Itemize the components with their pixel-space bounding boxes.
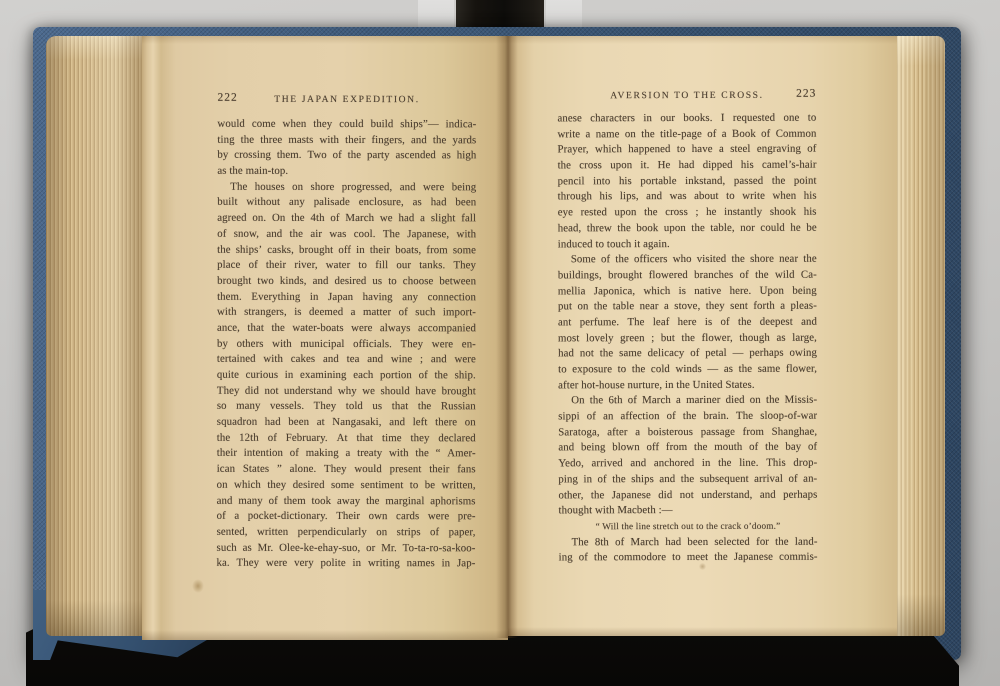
text-line: induced to touch it again. — [558, 236, 817, 252]
text-line: thecrossuponit.Hehaddippedhiscamel’s-hai… — [558, 158, 817, 174]
text-line: agreedon.Onthe4thofMarchwehadaslightfall — [217, 211, 476, 227]
text-line: suchasMr.Olee-ke-ehay-suo,orMr.To-ta-ro-… — [217, 540, 476, 556]
gutter-shadow — [496, 36, 518, 638]
fore-edge-right — [897, 36, 945, 636]
text-line: andbeingblownofffromthemouthofthebayof — [558, 440, 817, 456]
text-line: anesecharactersinourbooks.Irequestedonet… — [557, 111, 816, 127]
text-line: ofsnow,andtheairwascool.TheJapanese,with — [217, 227, 476, 243]
paragraph: wouldcomewhentheycouldbuildships”—indica… — [217, 117, 476, 180]
text-line: throughhislips,andwasabouttowritewhenhis — [558, 189, 817, 205]
text-line: as the main-top. — [217, 164, 476, 180]
text-line: antperfume.Theleafhereisofthedeepestand — [558, 315, 817, 331]
text-line: ofapocket-dictionary.Theirowncardswerepr… — [217, 509, 476, 525]
paragraph: Onthe6thofMarchamarinerdiedontheMissis-s… — [558, 393, 817, 519]
text-line: squadronhadbeenatNangasaki,andleftthereo… — [217, 415, 476, 431]
text-line: onwhichtheydesiredsomesentimenttobewritt… — [217, 478, 476, 494]
text-line: writeanameonthetitle-pageofaBookofCommon — [557, 126, 816, 142]
paragraph: The8thofMarchhadbeenselectedfortheland-i… — [559, 534, 818, 566]
right-running-title: AVERSION TO THE CROSS. — [557, 88, 816, 105]
text-line: pencilintohisportableinkstand,passedthep… — [558, 173, 817, 189]
text-line: Onthe6thofMarchamarinerdiedontheMissis- — [558, 393, 817, 409]
text-line: theirintentionofmakingatreatywiththe“Ame… — [217, 446, 476, 462]
text-line: broughttwokinds,anddesiredustochoosebetw… — [217, 274, 476, 290]
right-page-body: anesecharactersinourbooks.Irequestedonet… — [557, 111, 817, 567]
text-line: head,threwthebookuponthetable,norcouldhe… — [558, 220, 817, 236]
right-page-text: AVERSION TO THE CROSS. 223 anesecharacte… — [557, 88, 817, 567]
text-line: Theydidnotunderstandwhyweshouldhavebroug… — [217, 383, 476, 399]
text-line: tingthethreemastswiththeirfingers,andthe… — [217, 132, 476, 148]
text-line: after hot-house nurture, in the United S… — [558, 377, 817, 393]
text-line: andmanyofthemtookawaythemarginalaphorism… — [217, 493, 476, 509]
text-line: hadnotthesamedelicacyofpetal—perhapsowin… — [558, 346, 817, 362]
quote-paragraph: “ Will the line stretch out to the crack… — [559, 519, 818, 535]
text-line: eyeresteduponthecross;heinstantlyshookhi… — [558, 205, 817, 221]
text-line: the12thofFebruary.Atthattimetheydeclared — [217, 430, 476, 446]
text-line: pinginoftheshipsandthesubsequentarrivalo… — [558, 471, 817, 487]
text-line: bycrossingthem.Twoofthepartyascendedashi… — [217, 148, 476, 164]
paragraph: anesecharactersinourbooks.Irequestedonet… — [557, 111, 816, 253]
page-stain — [192, 579, 204, 593]
text-line: Thehousesonshoreprogressed,andwerebeing — [217, 179, 476, 195]
text-line: icanStates”alone.Theywouldpresenttheirfa… — [217, 462, 476, 478]
text-line: placeoftheirriver,watertofillourtanks.Th… — [217, 258, 476, 274]
text-line: thought with Macbeth :— — [558, 503, 817, 519]
text-line: quitecuriousinexaminingeachportionofthes… — [217, 368, 476, 384]
text-line: toexposuretothecoldwinds—asthesameflower… — [558, 362, 817, 378]
fore-edge-left — [46, 36, 142, 636]
text-line: mostlovelygreen;buttheflower,thoughaslar… — [558, 330, 817, 346]
text-line: ance,thatthewater-boatswerealwaysaccompa… — [217, 321, 476, 337]
text-line: ka.TheywereverypoliteinwritingnamesinJap… — [216, 556, 475, 572]
text-line: The8thofMarchhadbeenselectedfortheland- — [559, 534, 818, 550]
left-running-header: 222 THE JAPAN EXPEDITION. — [217, 92, 476, 109]
text-line: theships’casks,broughtoffintheirboats,fr… — [217, 242, 476, 258]
text-line: byotherswithmunicipalofficials.Theyweree… — [217, 336, 476, 352]
text-line: sippiofanaffectionofthebrain.Thesloop-of… — [558, 409, 817, 425]
text-line: withstrangers,isdeemedamatterofsuchimpor… — [217, 305, 476, 321]
text-line: wouldcomewhentheycouldbuildships”—indica… — [217, 117, 476, 133]
text-line: sented,writtenperpendicularlyonstripsofp… — [217, 525, 476, 541]
text-line: Someoftheofficerswhovisitedtheshoreneart… — [558, 252, 817, 268]
text-line: melliaJaponica,whichisnativehere.Uponbei… — [558, 283, 817, 299]
left-page-text: 222 THE JAPAN EXPEDITION. wouldcomewhent… — [216, 92, 476, 572]
text-line: putonthetablenearastove,theysentforthapl… — [558, 299, 817, 315]
book-photo-scene: 222 THE JAPAN EXPEDITION. wouldcomewhent… — [0, 0, 1000, 686]
text-line: them.EverythinginJapanhavinganyconnectio… — [217, 289, 476, 305]
paragraph: Thehousesonshoreprogressed,andwerebeingb… — [216, 179, 476, 572]
text-line: “ Will the line stretch out to the crack… — [559, 519, 818, 535]
paragraph: Someoftheofficerswhovisitedtheshoreneart… — [558, 252, 817, 394]
text-line: Yedo,arrivedandanchoredintheline.Thisdro… — [558, 456, 817, 472]
text-line: builtwithoutanypalisadeenclosure,ashadbe… — [217, 195, 476, 211]
left-running-title: THE JAPAN EXPEDITION. — [217, 92, 476, 109]
text-line: other,theJapanesedidnotunderstand,andper… — [558, 487, 817, 503]
right-running-header: AVERSION TO THE CROSS. 223 — [557, 88, 816, 105]
text-line: somanyvessels.TheytoldusthattheRussian — [217, 399, 476, 415]
text-line: ingofthecommodoretomeettheJapanesecommis… — [559, 550, 818, 566]
left-page-body: wouldcomewhentheycouldbuildships”—indica… — [216, 117, 476, 572]
text-line: Saratoga,afteraboisterouspassagefromShan… — [558, 424, 817, 440]
text-line: Prayer,whichhappenedtohaveasteelengravin… — [558, 142, 817, 158]
text-line: buildings,broughtfloweredbranchesofthewi… — [558, 268, 817, 284]
right-page-number: 223 — [796, 86, 816, 102]
text-line: tertainedwithcakesandteaandwine;andwere — [217, 352, 476, 368]
